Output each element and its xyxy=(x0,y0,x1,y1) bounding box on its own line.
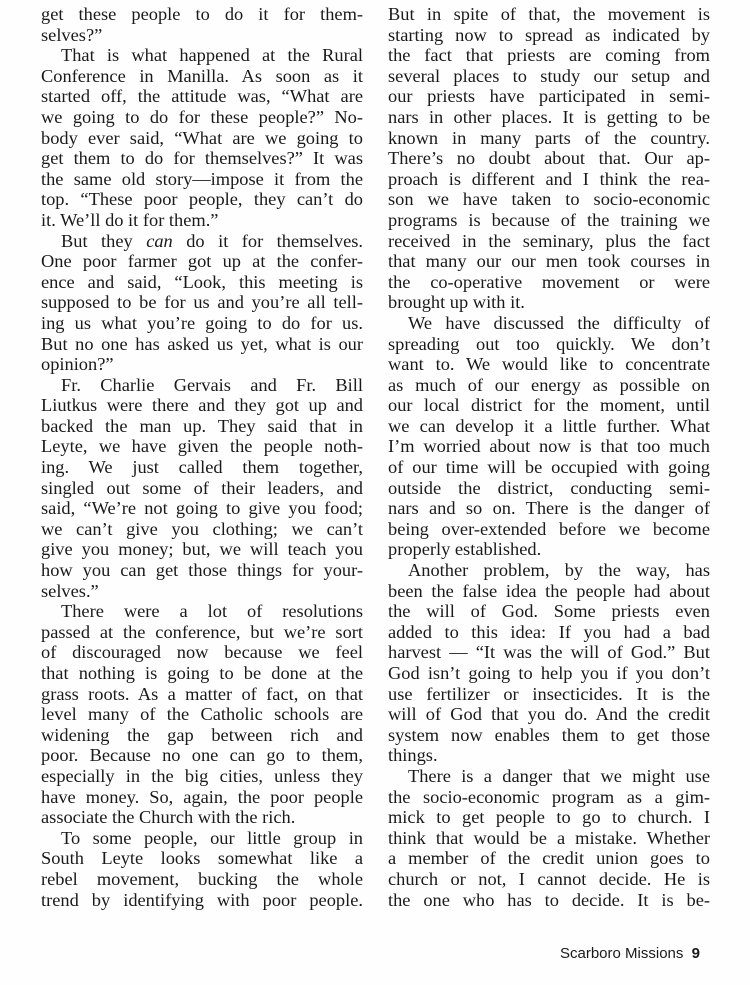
text-line: starting now to spread as indicated by xyxy=(388,25,710,46)
text-line: our local district for the moment, until xyxy=(388,395,710,416)
text-line: the will of God. Some priests even xyxy=(388,601,710,622)
text-line: selves.” xyxy=(41,581,363,602)
text-line: poor. Because no one can go to them, xyxy=(41,745,363,766)
text-line: nars in other places. It is getting to b… xyxy=(388,107,710,128)
text-line: get these people to do it for them- xyxy=(41,4,363,25)
text-line: we can develop it a little further. What xyxy=(388,416,710,437)
text-line: added to this idea: If you had a bad xyxy=(388,622,710,643)
text-line: trend by identifying with poor people. xyxy=(41,890,363,911)
text-line: nars and so on. There is the danger of xyxy=(388,498,710,519)
text-line: a member of the credit union goes to xyxy=(388,848,710,869)
page-number: 9 xyxy=(692,945,700,962)
text-line: level many of the Catholic schools are xyxy=(41,704,363,725)
left-text-column: get these people to do it for them-selve… xyxy=(41,4,363,910)
text-line: that many our our men took courses in xyxy=(388,251,710,272)
text-line: son we have taken to socio-economic xyxy=(388,189,710,210)
text-line: singled out some of their leaders, and xyxy=(41,478,363,499)
publication-name: Scarboro Missions xyxy=(560,945,683,962)
text-line: church or not, I cannot decide. He is xyxy=(388,869,710,890)
text-line: I’m worried about now is that too much xyxy=(388,436,710,457)
text-line: Leyte, we have given the people noth- xyxy=(41,436,363,457)
text-line: There is a danger that we might use xyxy=(388,766,710,787)
text-line: the co-operative movement or were xyxy=(388,272,710,293)
text-line: known in many parts of the country. xyxy=(388,128,710,149)
text-line: opinion?” xyxy=(41,354,363,375)
text-line: the one who has to decide. It is be- xyxy=(388,890,710,911)
text-line: as much of our energy as possible on xyxy=(388,375,710,396)
text-line: selves?” xyxy=(41,25,363,46)
text-line: God isn’t going to help you if you don’t xyxy=(388,663,710,684)
text-line: several places to study our setup and xyxy=(388,66,710,87)
text-line: the fact that priests are coming from xyxy=(388,45,710,66)
text-line: brought up with it. xyxy=(388,292,710,313)
text-line: passed at the conference, but we’re sort xyxy=(41,622,363,643)
text-line: grass roots. As a matter of fact, on tha… xyxy=(41,684,363,705)
text-line: will of God that you do. And the credit xyxy=(388,704,710,725)
text-line: system now enables them to get those xyxy=(388,725,710,746)
text-line: proach is different and I think the rea- xyxy=(388,169,710,190)
text-line: supposed to be for us and you’re all tel… xyxy=(41,292,363,313)
text-line: backed the man up. They said that in xyxy=(41,416,363,437)
text-line: get them to do for themselves?” It was xyxy=(41,148,363,169)
text-line: rebel movement, bucking the whole xyxy=(41,869,363,890)
text-line: we going to do for these people?” No- xyxy=(41,107,363,128)
text-line: programs is because of the training we xyxy=(388,210,710,231)
text-line: mick to get people to go to church. I xyxy=(388,807,710,828)
text-line: have money. So, again, the poor people xyxy=(41,787,363,808)
text-line: Another problem, by the way, has xyxy=(388,560,710,581)
text-line: top. “These poor people, they can’t do xyxy=(41,189,363,210)
text-line: But in spite of that, the movement is xyxy=(388,4,710,25)
text-line: Fr. Charlie Gervais and Fr. Bill xyxy=(41,375,363,396)
text-line: of our time will be occupied with going xyxy=(388,457,710,478)
text-line: of discouraged now because we feel xyxy=(41,642,363,663)
text-line: spreading out too quickly. We don’t xyxy=(388,334,710,355)
text-line: But no one has asked us yet, what is our xyxy=(41,334,363,355)
text-line: things. xyxy=(388,745,710,766)
text-line: ing us what you’re going to do for us. xyxy=(41,313,363,334)
text-line: body ever said, “What are we going to xyxy=(41,128,363,149)
text-line: use fertilizer or insecticides. It is th… xyxy=(388,684,710,705)
text-line: we can’t give you clothing; we can’t xyxy=(41,519,363,540)
right-text-column: But in spite of that, the movement issta… xyxy=(388,4,710,910)
text-line: give you money; but, we will teach you xyxy=(41,539,363,560)
text-line: received in the seminary, plus the fact xyxy=(388,231,710,252)
text-line: We have discussed the difficulty of xyxy=(388,313,710,334)
text-line: Liutkus were there and they got up and xyxy=(41,395,363,416)
text-line: ence and said, “Look, this meeting is xyxy=(41,272,363,293)
text-line: said, “We’re not going to give you food; xyxy=(41,498,363,519)
text-line: But they can do it for themselves. xyxy=(41,231,363,252)
text-line: been the false idea the people had about xyxy=(388,581,710,602)
text-line: There’s no doubt about that. Our ap- xyxy=(388,148,710,169)
text-line: our priests have participated in semi- xyxy=(388,86,710,107)
text-line: To some people, our little group in xyxy=(41,828,363,849)
text-line: One poor farmer got up at the confer- xyxy=(41,251,363,272)
page-footer: Scarboro Missions 9 xyxy=(560,945,700,962)
magazine-page: get these people to do it for them-selve… xyxy=(0,0,750,985)
text-line: harvest — “It was the will of God.” But xyxy=(388,642,710,663)
text-line: want to. We would like to concentrate xyxy=(388,354,710,375)
text-line: it. We’ll do it for them.” xyxy=(41,210,363,231)
text-line: started off, the attitude was, “What are xyxy=(41,86,363,107)
text-line: That is what happened at the Rural xyxy=(41,45,363,66)
text-line: Conference in Manilla. As soon as it xyxy=(41,66,363,87)
text-line: that nothing is going to be done at the xyxy=(41,663,363,684)
text-line: widening the gap between rich and xyxy=(41,725,363,746)
emphasis: can xyxy=(146,231,173,251)
text-line: think that would be a mistake. Whether xyxy=(388,828,710,849)
text-line: ing. We just called them together, xyxy=(41,457,363,478)
text-line: associate the Church with the rich. xyxy=(41,807,363,828)
text-line: properly established. xyxy=(388,539,710,560)
text-line: the socio-economic program as a gim- xyxy=(388,787,710,808)
text-line: how you can get those things for your- xyxy=(41,560,363,581)
text-line: South Leyte looks somewhat like a xyxy=(41,848,363,869)
text-line: outside the district, conducting semi- xyxy=(388,478,710,499)
text-line: being over-extended before we become xyxy=(388,519,710,540)
text-line: There were a lot of resolutions xyxy=(41,601,363,622)
text-line: the same old story—impose it from the xyxy=(41,169,363,190)
text-line: especially in the big cities, unless the… xyxy=(41,766,363,787)
